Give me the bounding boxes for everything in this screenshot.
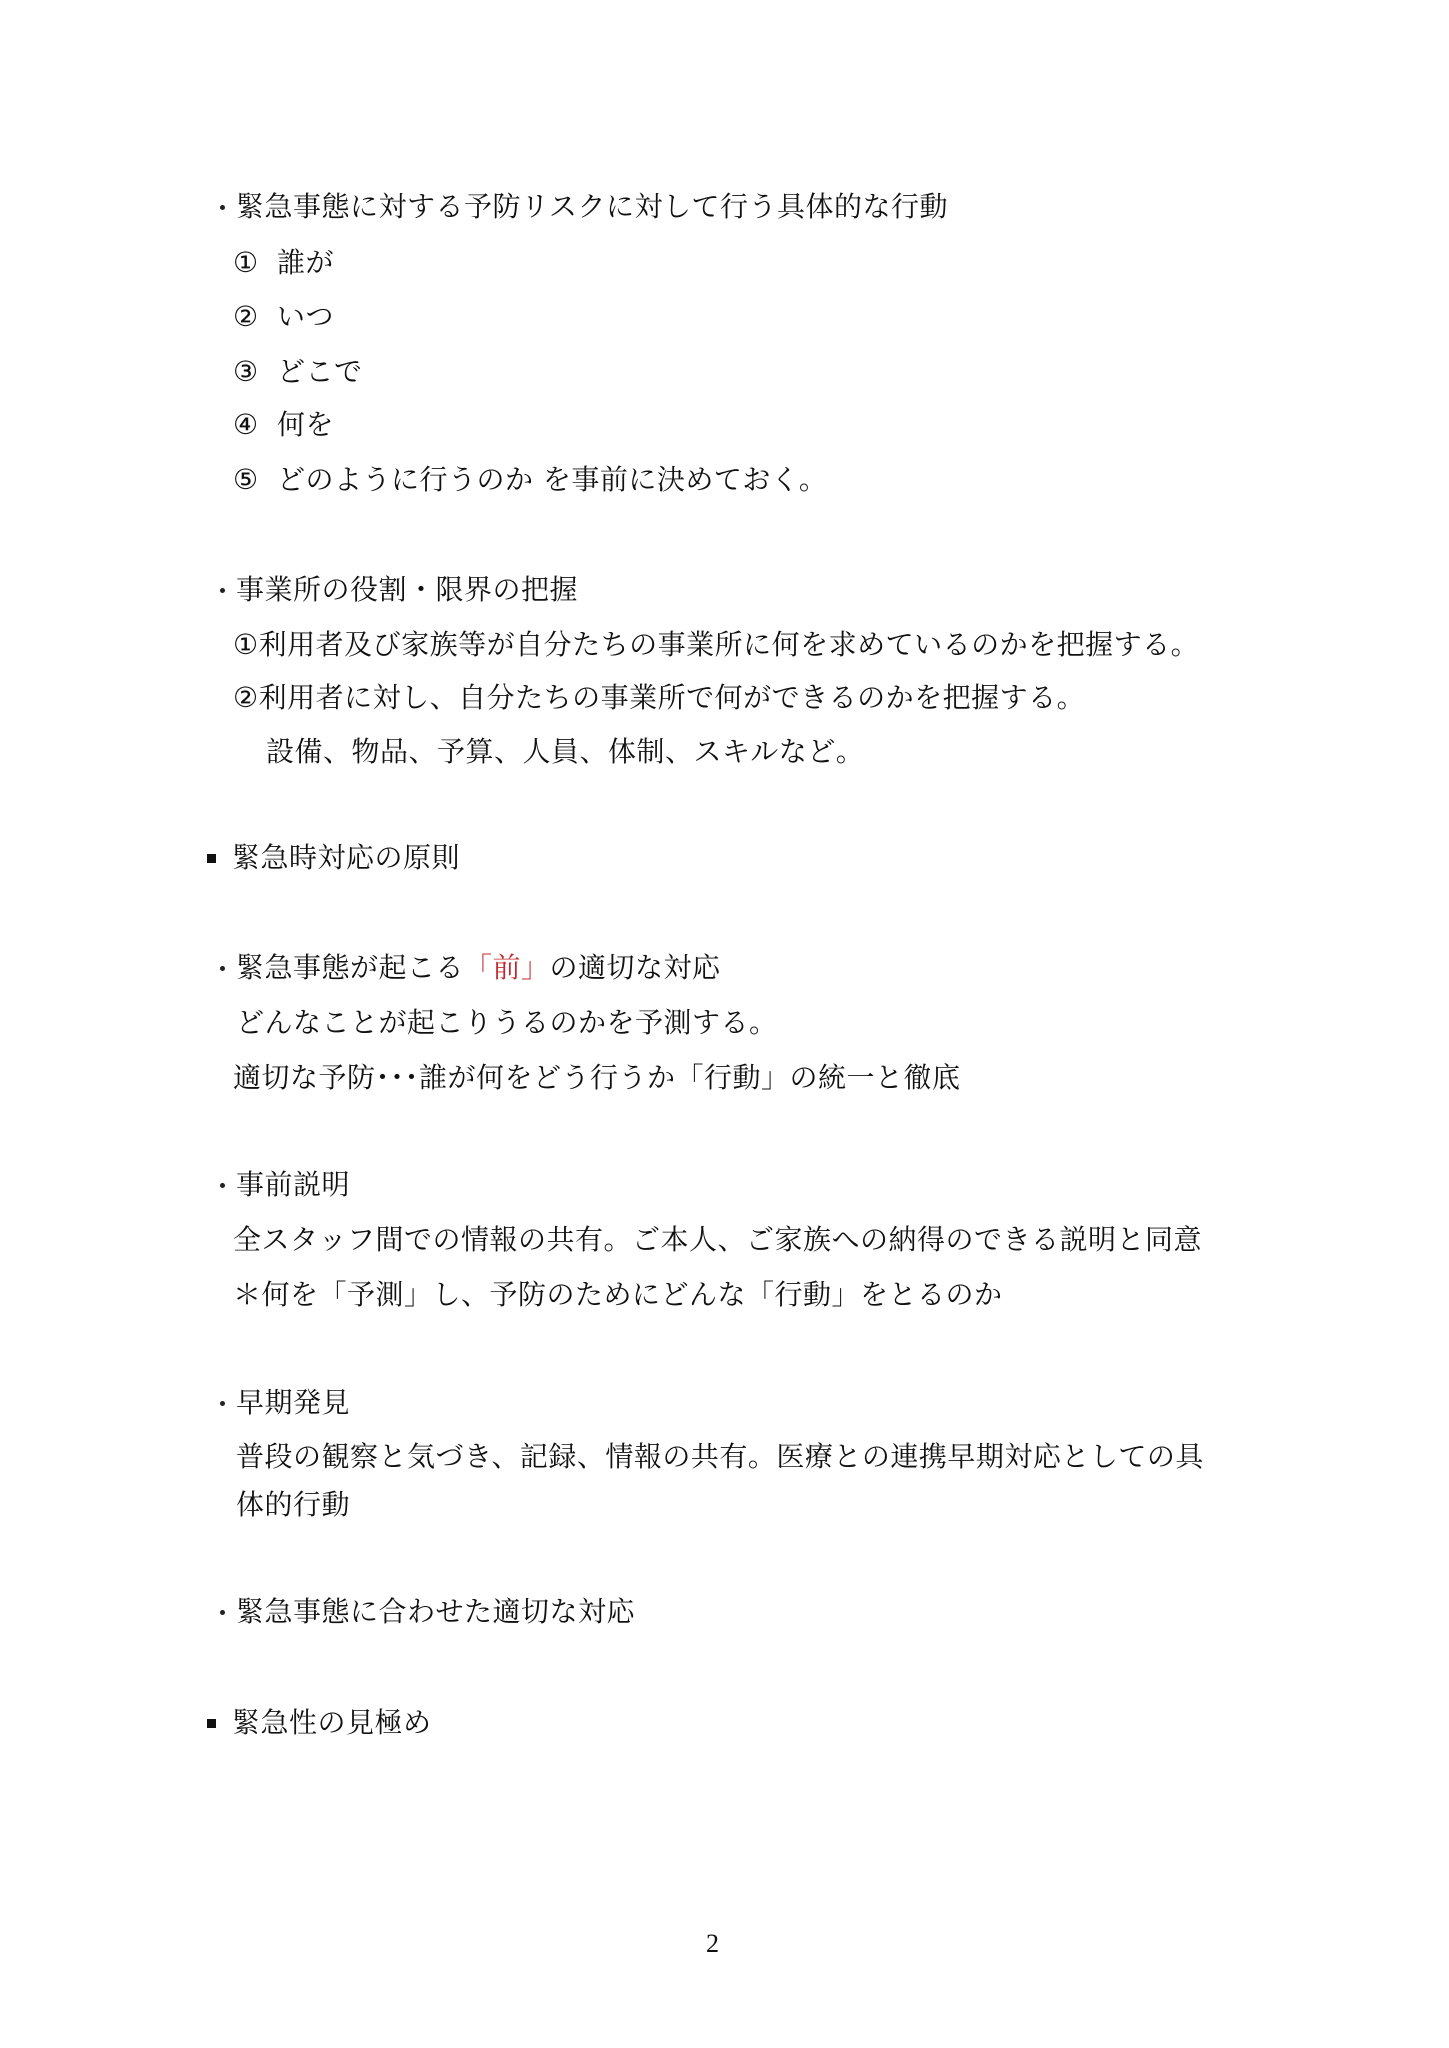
list-item-text: 何を: [277, 408, 334, 441]
square-bullet: [207, 1719, 216, 1728]
section1-heading: 緊急事態に対する予防リスクに対して行う具体的な行動: [236, 190, 948, 224]
response-heading: 緊急事態に合わせた適切な対応: [236, 1595, 635, 1629]
early-line: 体的行動: [236, 1488, 350, 1522]
early-line: 普段の観察と気づき、記録、情報の共有。医療との連携早期対応としての具: [236, 1440, 1204, 1474]
list-item-text: 誰が: [277, 246, 334, 279]
list-item-number: ②: [233, 300, 277, 334]
early-heading: 早期発見: [236, 1386, 350, 1420]
bullet-dot: [220, 1610, 225, 1615]
before-line: どんなことが起こりうるのかを予測する。: [236, 1006, 778, 1040]
urgency-heading: 緊急性の見極め: [232, 1706, 432, 1740]
square-bullet: [207, 854, 216, 863]
list-item-number: ③: [233, 355, 277, 389]
explanation-line: ＊何を「予測」し、予防のためにどんな「行動」をとるのか: [233, 1278, 1003, 1312]
list-item: ④何を: [233, 408, 334, 442]
list-item-text: どのように行うのか を事前に決めておく。: [277, 463, 827, 496]
list-item-number: ①: [233, 246, 277, 280]
section2-line: ②利用者に対し、自分たちの事業所で何ができるのかを把握する。: [233, 681, 1085, 715]
section2-heading: 事業所の役割・限界の把握: [236, 573, 578, 607]
section2-line: 設備、物品、予算、人員、体制、スキルなど。: [266, 735, 864, 769]
bullet-dot: [220, 1401, 225, 1406]
list-item: ③どこで: [233, 355, 363, 389]
before-heading-post: の適切な対応: [550, 951, 721, 984]
explanation-heading: 事前説明: [236, 1168, 350, 1202]
bullet-dot: [220, 205, 225, 210]
before-line: 適切な予防･･･誰が何をどう行うか「行動」の統一と徹底: [233, 1061, 961, 1095]
bullet-dot: [220, 1183, 225, 1188]
list-item-text: いつ: [277, 300, 334, 333]
list-item-text: どこで: [277, 355, 363, 388]
principles-heading: 緊急時対応の原則: [232, 841, 460, 875]
list-item: ①誰が: [233, 246, 334, 280]
bullet-dot: [220, 588, 225, 593]
bullet-dot: [220, 966, 225, 971]
page-number: 2: [706, 1928, 719, 1960]
list-item-number: ⑤: [233, 463, 277, 497]
before-heading-pre: 緊急事態が起こる: [236, 951, 464, 984]
before-heading: 緊急事態が起こる「前」の適切な対応: [236, 951, 721, 985]
before-heading-emphasis: 「前」: [464, 951, 550, 984]
list-item: ⑤どのように行うのか を事前に決めておく。: [233, 463, 827, 497]
list-item-number: ④: [233, 408, 277, 442]
explanation-line: 全スタッフ間での情報の共有。ご本人、ご家族への納得のできる説明と同意: [233, 1223, 1202, 1257]
list-item: ②いつ: [233, 300, 334, 334]
section2-line: ①利用者及び家族等が自分たちの事業所に何を求めているのかを把握する。: [233, 628, 1199, 662]
